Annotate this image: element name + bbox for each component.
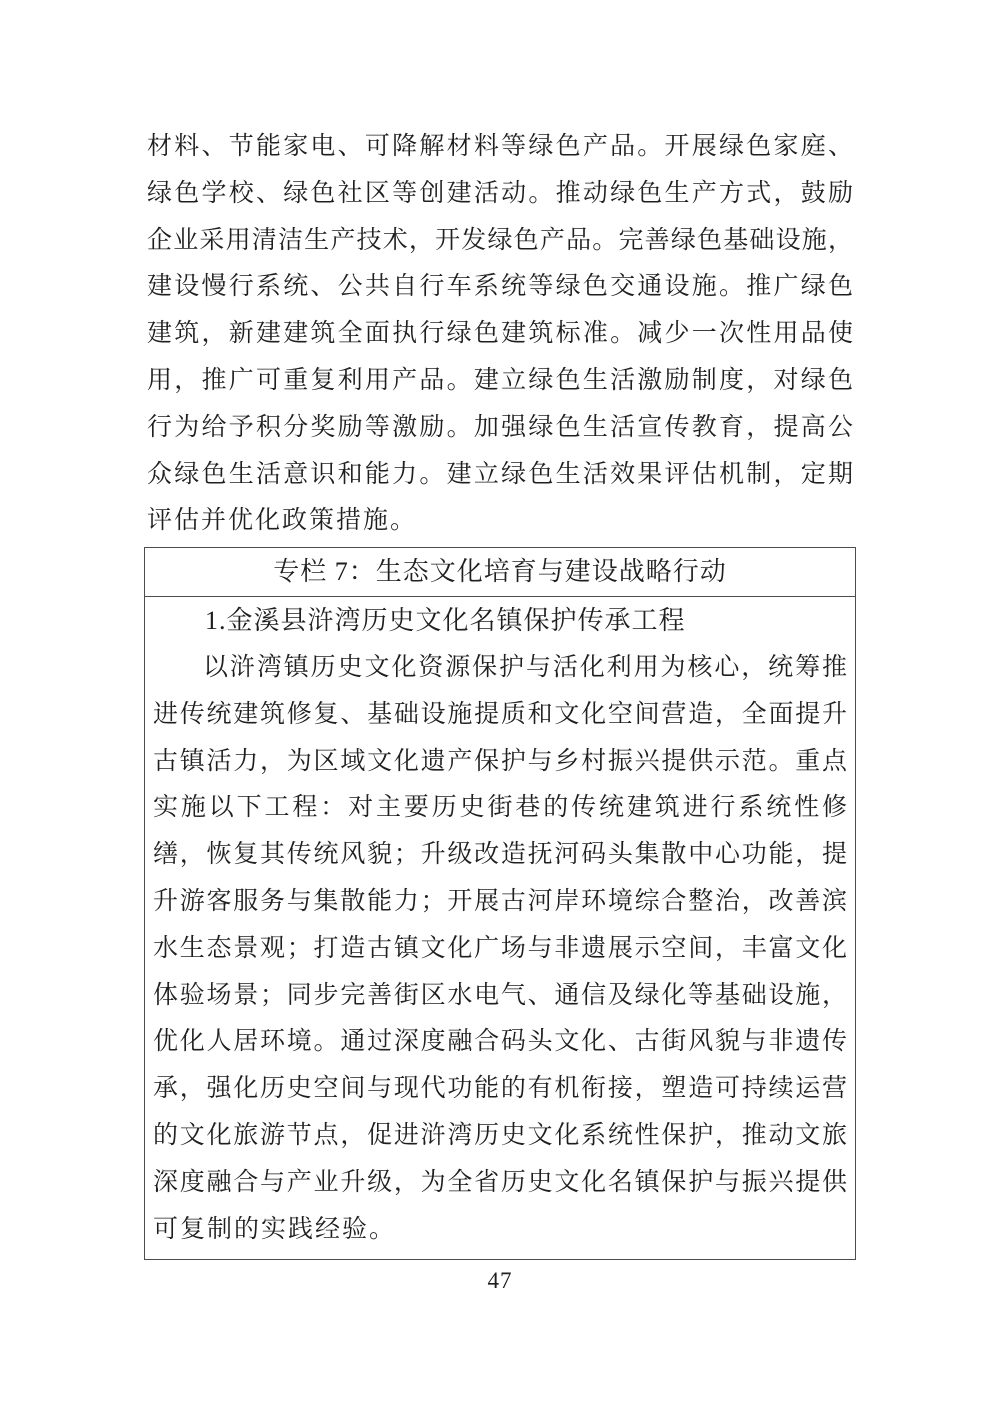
text-line: 众绿色生活意识和能力。建立绿色生活效果评估机制，定期 [147, 452, 853, 499]
text-line: 深度融合与产业升级，为全省历史文化名镇保护与振兴提供 [153, 1160, 847, 1207]
text-line: 承，强化历史空间与现代功能的有机衔接，塑造可持续运营 [153, 1066, 847, 1113]
text-line: 实施以下工程：对主要历史街巷的传统建筑进行系统性修 [153, 785, 847, 832]
body-paragraph: 材料、节能家电、可降解材料等绿色产品。开展绿色家庭、绿色学校、绿色社区等创建活动… [144, 124, 856, 545]
text-line: 缮，恢复其传统风貌；升级改造抚河码头集散中心功能，提 [153, 832, 847, 879]
feature-box-subheading: 1.金溪县浒湾历史文化名镇保护传承工程 [153, 598, 847, 645]
feature-box-body: 1.金溪县浒湾历史文化名镇保护传承工程 以浒湾镇历史文化资源保护与活化利用为核心… [145, 597, 855, 1259]
text-line: 评估并优化政策措施。 [147, 498, 853, 545]
text-line: 以浒湾镇历史文化资源保护与活化利用为核心，统筹推 [153, 645, 847, 692]
text-line: 建筑，新建建筑全面执行绿色建筑标准。减少一次性用品使 [147, 311, 853, 358]
text-line: 体验场景；同步完善街区水电气、通信及绿化等基础设施， [153, 973, 847, 1020]
content-column: 材料、节能家电、可降解材料等绿色产品。开展绿色家庭、绿色学校、绿色社区等创建活动… [144, 124, 856, 1260]
text-line: 行为给予积分奖励等激励。加强绿色生活宣传教育，提高公 [147, 405, 853, 452]
text-line: 用，推广可重复利用产品。建立绿色生活激励制度，对绿色 [147, 358, 853, 405]
feature-box-paragraph: 以浒湾镇历史文化资源保护与活化利用为核心，统筹推进传统建筑修复、基础设施提质和文… [153, 645, 847, 1253]
text-line: 企业采用清洁生产技术，开发绿色产品。完善绿色基础设施， [147, 218, 853, 265]
text-line: 优化人居环境。通过深度融合码头文化、古街风貌与非遗传 [153, 1019, 847, 1066]
text-line: 绿色学校、绿色社区等创建活动。推动绿色生产方式，鼓励 [147, 171, 853, 218]
page-number: 47 [0, 1268, 1000, 1294]
text-line: 进传统建筑修复、基础设施提质和文化空间营造，全面提升 [153, 692, 847, 739]
text-line: 升游客服务与集散能力；开展古河岸环境综合整治，改善滨 [153, 879, 847, 926]
feature-box-title: 专栏 7：生态文化培育与建设战略行动 [145, 548, 855, 597]
text-line: 材料、节能家电、可降解材料等绿色产品。开展绿色家庭、 [147, 124, 853, 171]
text-line: 的文化旅游节点，促进浒湾历史文化系统性保护，推动文旅 [153, 1113, 847, 1160]
text-line: 古镇活力，为区域文化遗产保护与乡村振兴提供示范。重点 [153, 739, 847, 786]
text-line: 水生态景观；打造古镇文化广场与非遗展示空间，丰富文化 [153, 926, 847, 973]
text-line: 可复制的实践经验。 [153, 1207, 847, 1254]
feature-box: 专栏 7：生态文化培育与建设战略行动 1.金溪县浒湾历史文化名镇保护传承工程 以… [144, 547, 856, 1260]
text-line: 建设慢行系统、公共自行车系统等绿色交通设施。推广绿色 [147, 264, 853, 311]
document-page: 材料、节能家电、可降解材料等绿色产品。开展绿色家庭、绿色学校、绿色社区等创建活动… [0, 0, 1000, 1414]
